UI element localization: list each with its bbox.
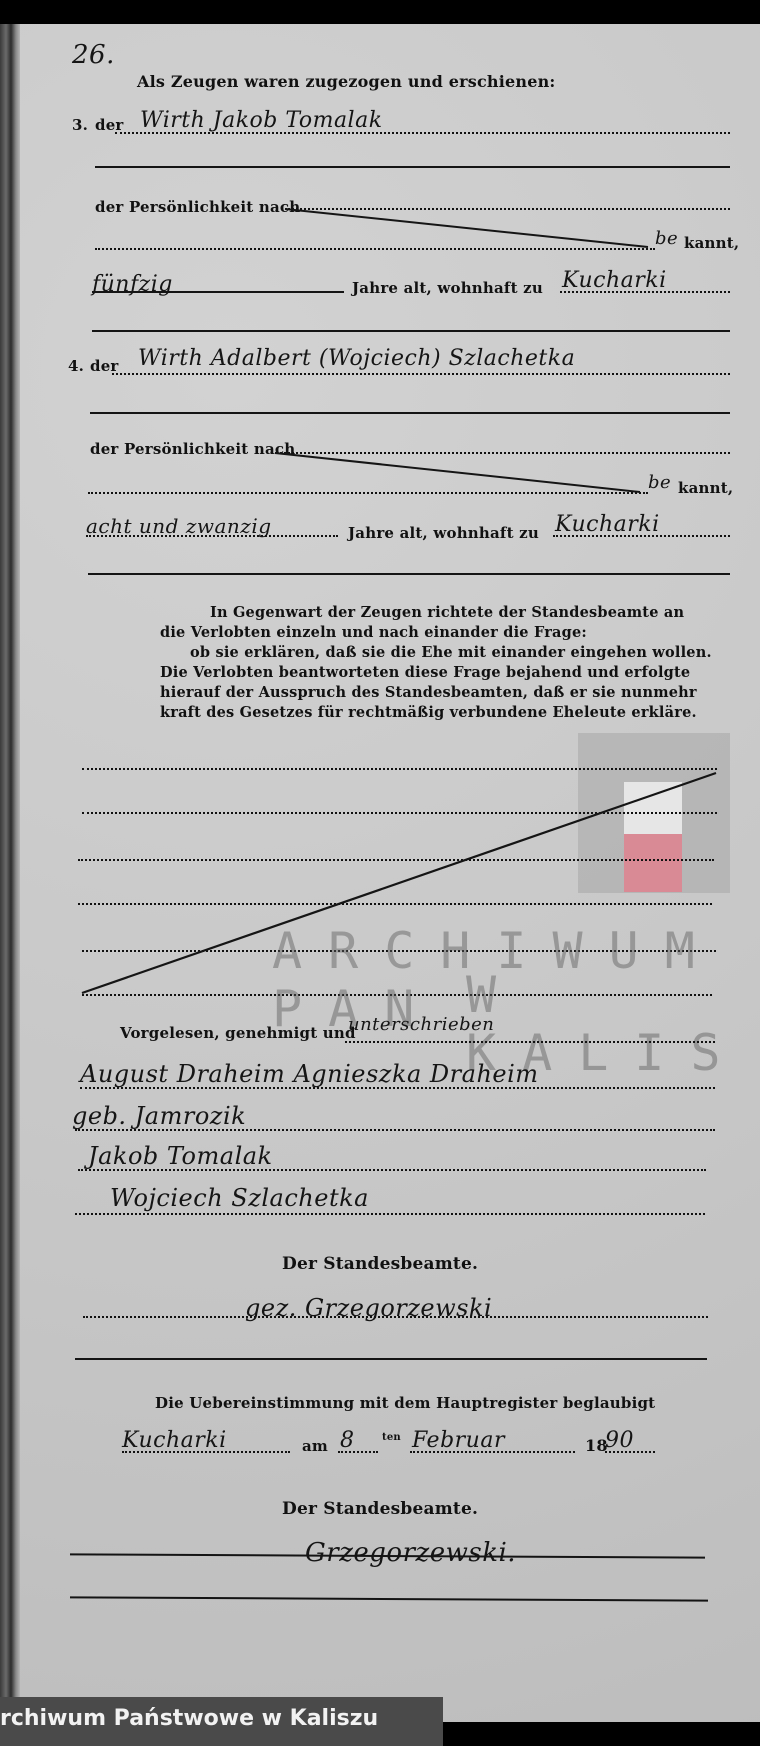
certification-day-suffix: ten [382,1432,401,1443]
signatures-label: Vorgelesen, genehmigt und [120,1024,356,1042]
signature-rule-2 [75,1129,715,1131]
registrar-1-title: Der Standesbeamte. [282,1254,478,1274]
witness-3-known-prefix: be [655,228,678,249]
signatures-label-line [345,1041,715,1043]
witness-3-number: 3. [72,116,88,134]
certification-month-line [410,1451,575,1453]
archive-footer-text: rchiwum Państwowe w Kaliszu [0,1706,378,1731]
witness-3-residence-line [560,291,730,293]
witness-4-number: 4. [68,357,84,375]
registrar-1-signature-line [83,1316,708,1318]
witness-4-age-label: Jahre alt, wohnhaft zu [348,524,539,542]
signature-line-4: Wojciech Szlachetka [110,1184,369,1212]
certification-text: Die Uebereinstimmung mit dem Hauptregist… [155,1394,655,1412]
witness-3-personality-label: der Persönlichkeit nach [95,198,300,216]
witness-3-age-label: Jahre alt, wohnhaft zu [352,279,543,297]
archive-logo-white-field [624,782,682,834]
certification-place: Kucharki [122,1428,227,1453]
registrar-2-signature: Grzegorzewski. [305,1538,516,1568]
registrar-2-title: Der Standesbeamte. [282,1499,478,1519]
witness-3-age-line [92,291,344,293]
witness-3-name-line [115,132,730,134]
ceremony-line-3: ob sie erklären, daß sie die Ehe mit ein… [190,644,712,661]
certification-year-suffix: 90 [605,1428,634,1453]
witness-4-personality-line [275,452,730,454]
witness-3-known-line [95,248,655,250]
witness-4-name-line-2 [90,412,730,414]
blank-line-2 [82,812,717,814]
witness-4-known-line [88,492,648,494]
blank-line-3 [78,859,714,861]
signature-line-2: geb. Jamrozik [72,1102,246,1130]
ceremony-line-4: Die Verlobten beantworteten diese Frage … [160,664,690,681]
ceremony-line-1: In Gegenwart der Zeugen richtete der Sta… [210,604,684,621]
witness-4-residence-line [553,535,730,537]
witness-3-residence: Kucharki [562,268,667,293]
witness-4-end-line [88,573,730,575]
signature-line-1: August Draheim Agnieszka Draheim [80,1060,539,1088]
archive-logo-red-field [624,834,682,892]
signatures-label-hand: unterschrieben [348,1014,494,1035]
signature-rule-4 [75,1213,705,1215]
witness-4-known-suffix: kannt, [678,479,733,497]
signature-rule-3 [78,1169,706,1171]
witness-4-residence: Kucharki [555,512,660,537]
signature-line-3: Jakob Tomalak [88,1142,273,1170]
page-number: 26. [72,40,115,70]
witness-4-known-prefix: be [648,472,671,493]
witness-4-age-line [86,535,338,537]
certification-place-line [122,1451,290,1453]
witness-3-age: fünfzig [92,272,173,297]
witness-3-name: Wirth Jakob Tomalak [140,108,383,133]
witness-3-end-line [92,330,730,332]
book-binding-edge [0,24,20,1746]
ceremony-line-5: hierauf der Ausspruch des Standesbeamten… [160,684,697,701]
ceremony-line-2: die Verlobten einzeln und nach einander … [160,624,587,641]
certification-month: Februar [412,1428,505,1453]
witness-3-name-line-2 [95,166,730,168]
signature-rule-1 [80,1087,715,1089]
witness-4-name-line [112,373,730,375]
witness-3-personality-line [285,208,730,210]
blank-line-4 [78,903,712,905]
witnesses-header: Als Zeugen waren zugezogen und erschiene… [137,72,556,91]
witness-4-personality-label: der Persönlichkeit nach [90,440,295,458]
certification-day: 8 [340,1428,355,1453]
witness-4-name: Wirth Adalbert (Wojciech) Szlachetka [138,346,575,371]
certification-day-line [338,1451,378,1453]
footer-black-strip [443,1722,760,1746]
registrar-1-end-line [75,1358,707,1360]
blank-line-1 [82,768,717,770]
ceremony-line-6: kraft des Gesetzes für rechtmäßig verbun… [160,704,697,721]
certification-year-line [605,1451,655,1453]
witness-3-known-suffix: kannt, [684,234,739,252]
certification-am: am [302,1437,328,1455]
